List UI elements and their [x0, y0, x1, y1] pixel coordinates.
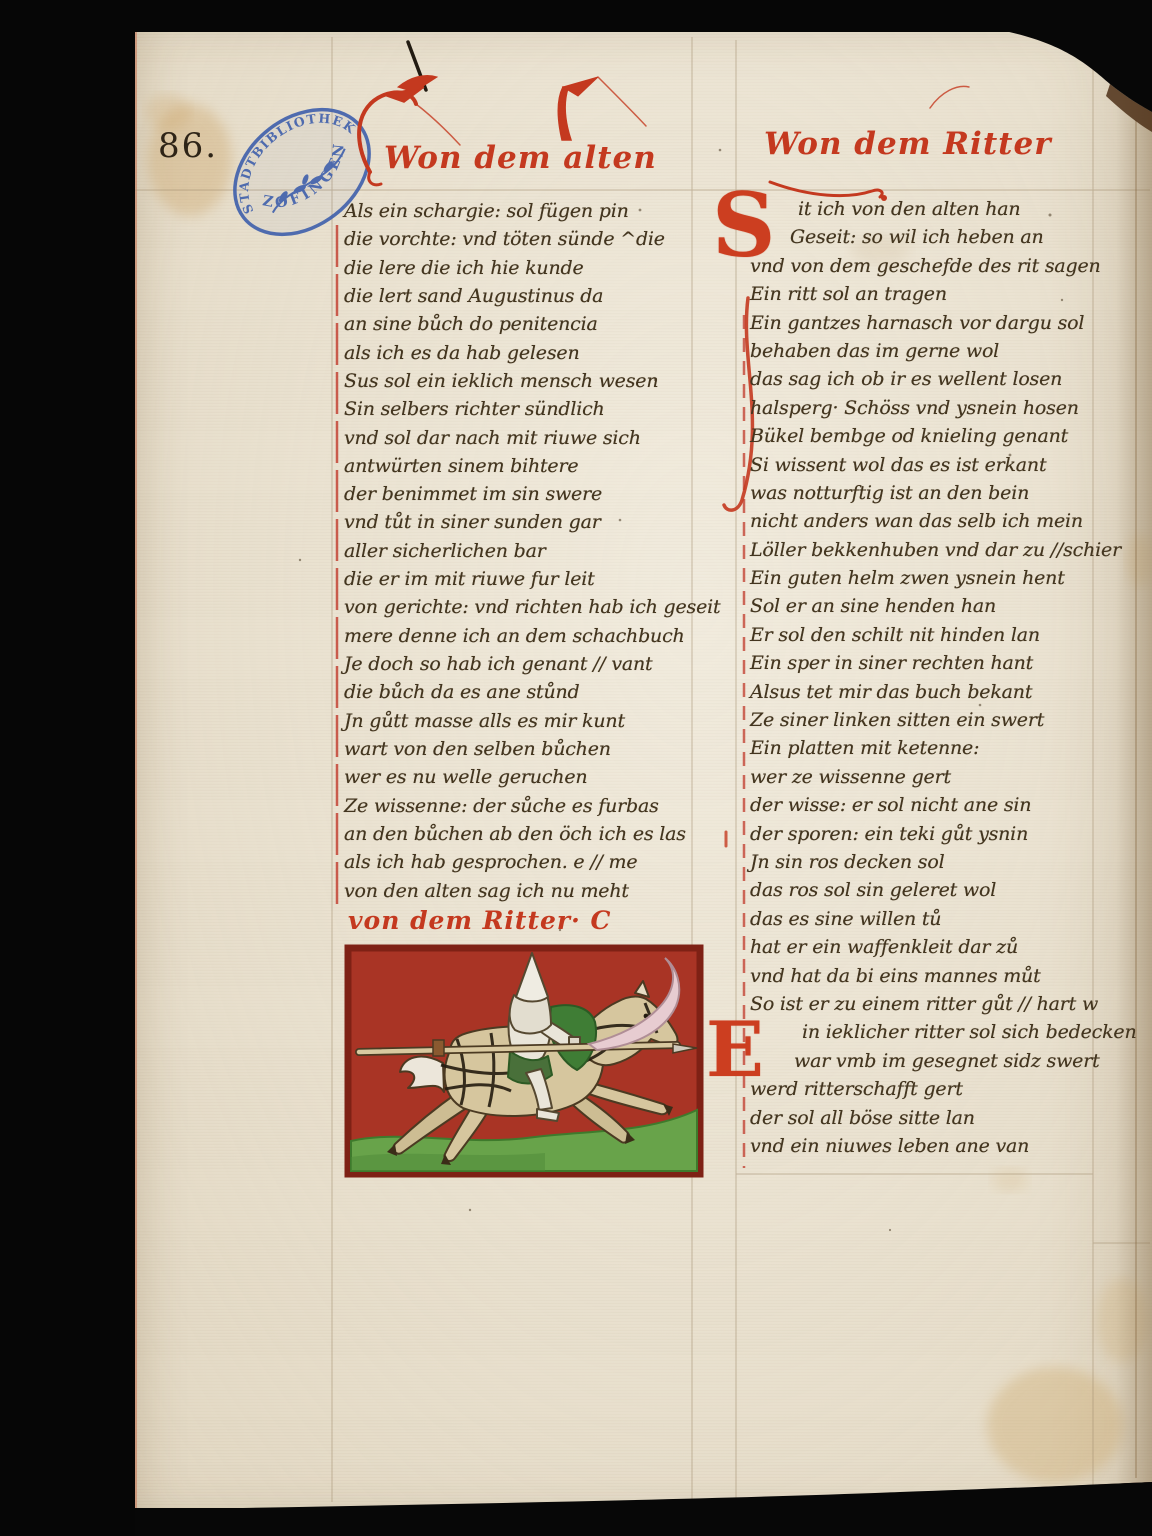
manuscript-line: hat er ein waffenkleit dar zů: [750, 936, 1096, 964]
manuscript-line: Ein ritt sol an tragen: [750, 283, 1096, 311]
manuscript-line: das ros sol sin geleret wol: [750, 879, 1096, 907]
mid-column-rubric: von dem Ritter· C: [348, 906, 611, 935]
manuscript-line: der benimmet im sin swere: [344, 483, 696, 511]
manuscript-line: die lert sand Augustinus da: [344, 285, 696, 313]
manuscript-line: die er im mit riuwe fur leit: [344, 568, 696, 596]
manuscript-line: Bükel bembge od knieling genant: [750, 425, 1096, 453]
manuscript-line: Ein gantzes harnasch vor dargu sol: [750, 312, 1096, 340]
manuscript-line: Ein sper in siner rechten hant: [750, 652, 1096, 680]
manuscript-line: Er sol den schilt nit hinden lan: [750, 624, 1096, 652]
heading-right-column: Won dem Ritter: [764, 126, 1052, 162]
manuscript-line: vnd ein niuwes leben ane van: [750, 1135, 1096, 1163]
manuscript-line: Ein guten helm zwen ysnein hent: [750, 567, 1096, 595]
manuscript-line: der wisse: er sol nicht ane sin: [750, 794, 1096, 822]
manuscript-line: Jn sin ros decken sol: [750, 851, 1096, 879]
manuscript-line: Alsus tet mir das buch bekant: [750, 681, 1096, 709]
manuscript-line: in ieklicher ritter sol sich bedecken: [750, 1021, 1096, 1049]
manuscript-line: wer ze wissenne gert: [750, 766, 1096, 794]
manuscript-line: So ist er zu einem ritter gůt // hart w: [750, 993, 1096, 1021]
manuscript-line: vnd tůt in siner sunden gar: [344, 511, 696, 539]
manuscript-line: Sus sol ein ieklich mensch wesen: [344, 370, 696, 398]
manuscript-line: Sin selbers richter sündlich: [344, 398, 696, 426]
manuscript-line: Si wissent wol das es ist erkant: [750, 454, 1096, 482]
manuscript-line: als ich es da hab gelesen: [344, 342, 696, 370]
right-text-column: it ich von den alten hanGeseit: so wil i…: [750, 198, 1096, 1163]
manuscript-line: Löller bekkenhuben vnd dar zu //schier: [750, 539, 1096, 567]
manuscript-line: vnd von dem geschefde des rit sagen: [750, 255, 1096, 283]
heading-left-column: Won dem alten: [384, 140, 657, 176]
manuscript-line: die lere die ich hie kunde: [344, 257, 696, 285]
manuscript-line: das es sine willen tů: [750, 908, 1096, 936]
manuscript-line: Jn gůtt masse alls es mir kunt: [344, 710, 696, 738]
manuscript-line: Ze wissenne: der sůche es furbas: [344, 795, 696, 823]
folio-number: 86.: [158, 126, 218, 166]
manuscript-line: war vmb im gesegnet sidz swert: [750, 1050, 1096, 1078]
manuscript-line: Ein platten mit ketenne:: [750, 737, 1096, 765]
manuscript-line: vnd hat da bi eins mannes můt: [750, 965, 1096, 993]
manuscript-line: an sine bůch do penitencia: [344, 313, 696, 341]
manuscript-line: von gerichte: vnd richten hab ich geseit: [344, 596, 696, 624]
manuscript-line: it ich von den alten han: [750, 198, 1096, 226]
manuscript-line: vnd sol dar nach mit riuwe sich: [344, 427, 696, 455]
manuscript-line: der sporen: ein teki gůt ysnin: [750, 823, 1096, 851]
manuscript-line: die vorchte: vnd töten sünde ^die: [344, 228, 696, 256]
manuscript-line: mere denne ich an dem schachbuch: [344, 625, 696, 653]
left-text-column: Als ein schargie: sol fügen pindie vorch…: [344, 200, 696, 908]
manuscript-line: wart von den selben bůchen: [344, 738, 696, 766]
manuscript-line: nicht anders wan das selb ich mein: [750, 510, 1096, 538]
manuscript-line: die bůch da es ane stůnd: [344, 681, 696, 709]
manuscript-line: was notturftig ist an den bein: [750, 482, 1096, 510]
manuscript-line: halsperg· Schöss vnd ysnein hosen: [750, 397, 1096, 425]
manuscript-line: wer es nu welle geruchen: [344, 766, 696, 794]
manuscript-line: als ich hab gesprochen. e // me: [344, 851, 696, 879]
manuscript-line: Sol er an sine henden han: [750, 595, 1096, 623]
manuscript-line: von den alten sag ich nu meht: [344, 880, 696, 908]
manuscript-line: das sag ich ob ir es wellent losen: [750, 368, 1096, 396]
manuscript-line: der sol all böse sitte lan: [750, 1107, 1096, 1135]
manuscript-line: an den bůchen ab den öch ich es las: [344, 823, 696, 851]
manuscript-line: Ze siner linken sitten ein swert: [750, 709, 1096, 737]
manuscript-line: antwürten sinem bihtere: [344, 455, 696, 483]
manuscript-line: Je doch so hab ich genant // vant: [344, 653, 696, 681]
manuscript-line: Geseit: so wil ich heben an: [750, 226, 1096, 254]
manuscript-line: Als ein schargie: sol fügen pin: [344, 200, 696, 228]
manuscript-line: aller sicherlichen bar: [344, 540, 696, 568]
manuscript-line: werd ritterschafft gert: [750, 1078, 1096, 1106]
manuscript-photograph: STADTBIBLIOTHEK ZOFINGEN: [0, 0, 1152, 1536]
manuscript-line: behaben das im gerne wol: [750, 340, 1096, 368]
